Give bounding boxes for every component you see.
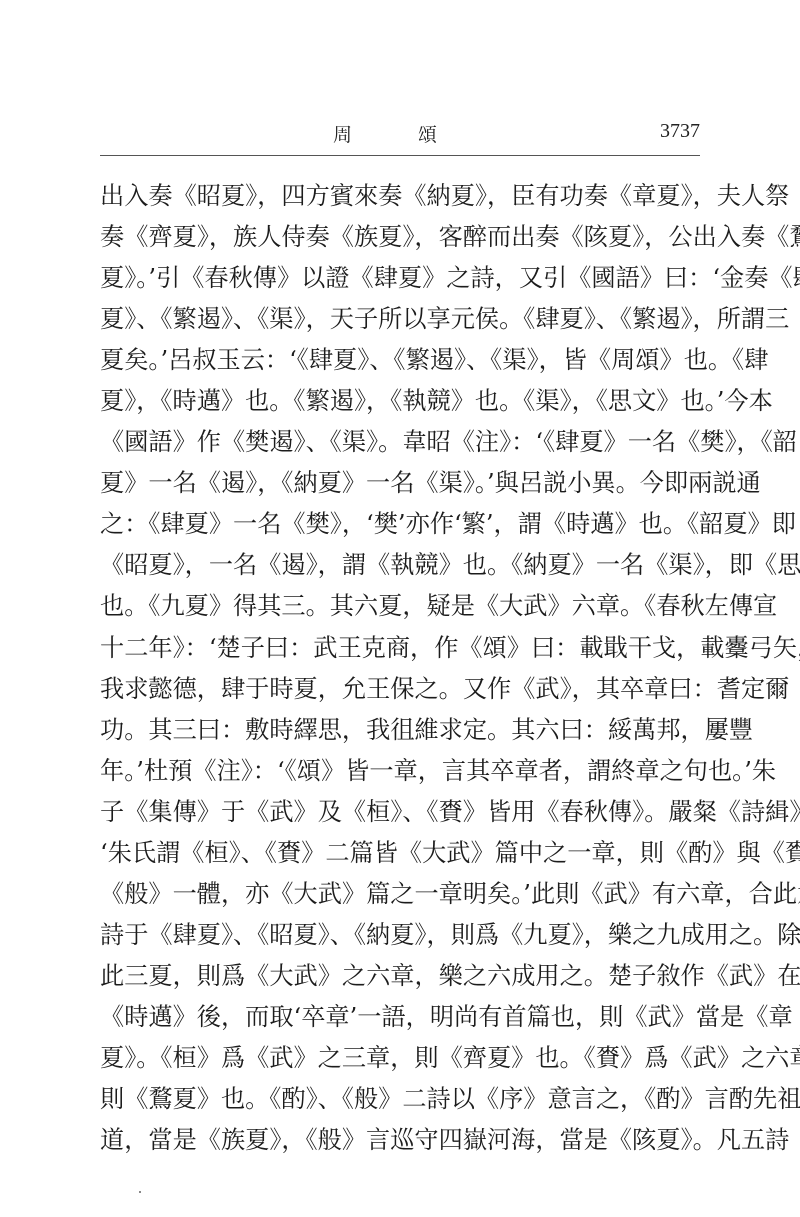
page-number: 3737 — [660, 120, 700, 143]
text-line: 道，當是《族夏》，《般》言巡守四嶽河海，當是《陔夏》。凡五詩 — [100, 1120, 700, 1161]
text-line: 《時邁》後，而取‘卒章’一語，明尚有首篇也，則《武》當是《章 — [100, 997, 700, 1038]
running-head: 周 頌 3737 — [100, 120, 700, 150]
text-line: 十二年》：‘楚子曰：武王克商，作《頌》曰：載戢干戈，載櫜弓矢， — [100, 628, 700, 669]
text-line: 夏》，《時邁》也。《繁遏》，《執競》也。《渠》，《思文》也。’今本 — [100, 381, 700, 422]
text-line: 詩于《肆夏》、《昭夏》、《納夏》，則爲《九夏》，樂之九成用之。除 — [100, 915, 700, 956]
text-line: ‘朱氏謂《桓》、《賚》二篇皆《大武》篇中之一章，則《酌》與《賚》、 — [100, 833, 700, 874]
text-line: 《昭夏》，一名《遏》，謂《執競》也。《納夏》一名《渠》，即《思文》 — [100, 545, 700, 586]
text-line: 《般》一體，亦《大武》篇之一章明矣。’此則《武》有六章，合此六 — [100, 874, 700, 915]
text-line: 出入奏《昭夏》，四方賓來奏《納夏》，臣有功奏《章夏》，夫人祭 — [100, 176, 700, 217]
text-line: 《國語》作《樊遏》、《渠》。韋昭《注》：‘《肆夏》一名《樊》，《韶 — [100, 422, 700, 463]
running-title: 周 頌 — [333, 120, 467, 147]
text-line: 夏》。’引《春秋傳》以證《肆夏》之詩，又引《國語》曰：‘金奏《肆 — [100, 258, 700, 299]
text-line: 夏》一名《遏》，《納夏》一名《渠》。’與呂説小異。今即兩説通 — [100, 463, 700, 504]
text-line: 奏《齊夏》，族人侍奏《族夏》，客醉而出奏《陔夏》，公出入奏《鶩 — [100, 217, 700, 258]
text-line: 此三夏，則爲《大武》之六章，樂之六成用之。楚子敘作《武》在 — [100, 956, 700, 997]
text-line: 夏矣。’呂叔玉云：‘《肆夏》、《繁遏》、《渠》，皆《周頌》也。《肆 — [100, 340, 700, 381]
scan-speck — [139, 1191, 141, 1193]
text-line: 也。《九夏》得其三。其六夏，疑是《大武》六章。《春秋左傳宣 — [100, 586, 700, 627]
book-page: 周 頌 3737 出入奏《昭夏》，四方賓來奏《納夏》，臣有功奏《章夏》，夫人祭 … — [0, 0, 800, 1217]
text-line: 我求懿德，肆于時夏，允王保之。又作《武》，其卒章曰：耆定爾 — [100, 669, 700, 710]
text-line: 夏》、《繁遏》、《渠》，天子所以享元侯。《肆夏》、《繁遏》，所謂三 — [100, 299, 700, 340]
body-text: 出入奏《昭夏》，四方賓來奏《納夏》，臣有功奏《章夏》，夫人祭 奏《齊夏》，族人侍… — [100, 176, 700, 1161]
text-line: 子《集傳》于《武》及《桓》、《賚》皆用《春秋傳》。嚴粲《詩緝》： — [100, 792, 700, 833]
header-rule — [100, 155, 700, 156]
text-line: 年。’杜預《注》：‘《頌》皆一章，言其卒章者，謂終章之句也。’朱 — [100, 751, 700, 792]
text-line: 夏》。《桓》爲《武》之三章，則《齊夏》也。《賚》爲《武》之六章， — [100, 1038, 700, 1079]
text-line: 之：《肆夏》一名《樊》，‘樊’亦作‘繁’，謂《時邁》也。《韶夏》即 — [100, 504, 700, 545]
text-line: 功。其三曰：敷時繹思，我徂維求定。其六曰：綏萬邦，屢豐 — [100, 710, 700, 751]
text-line: 則《鶩夏》也。《酌》、《般》二詩以《序》意言之，《酌》言酌先祖之 — [100, 1079, 700, 1120]
